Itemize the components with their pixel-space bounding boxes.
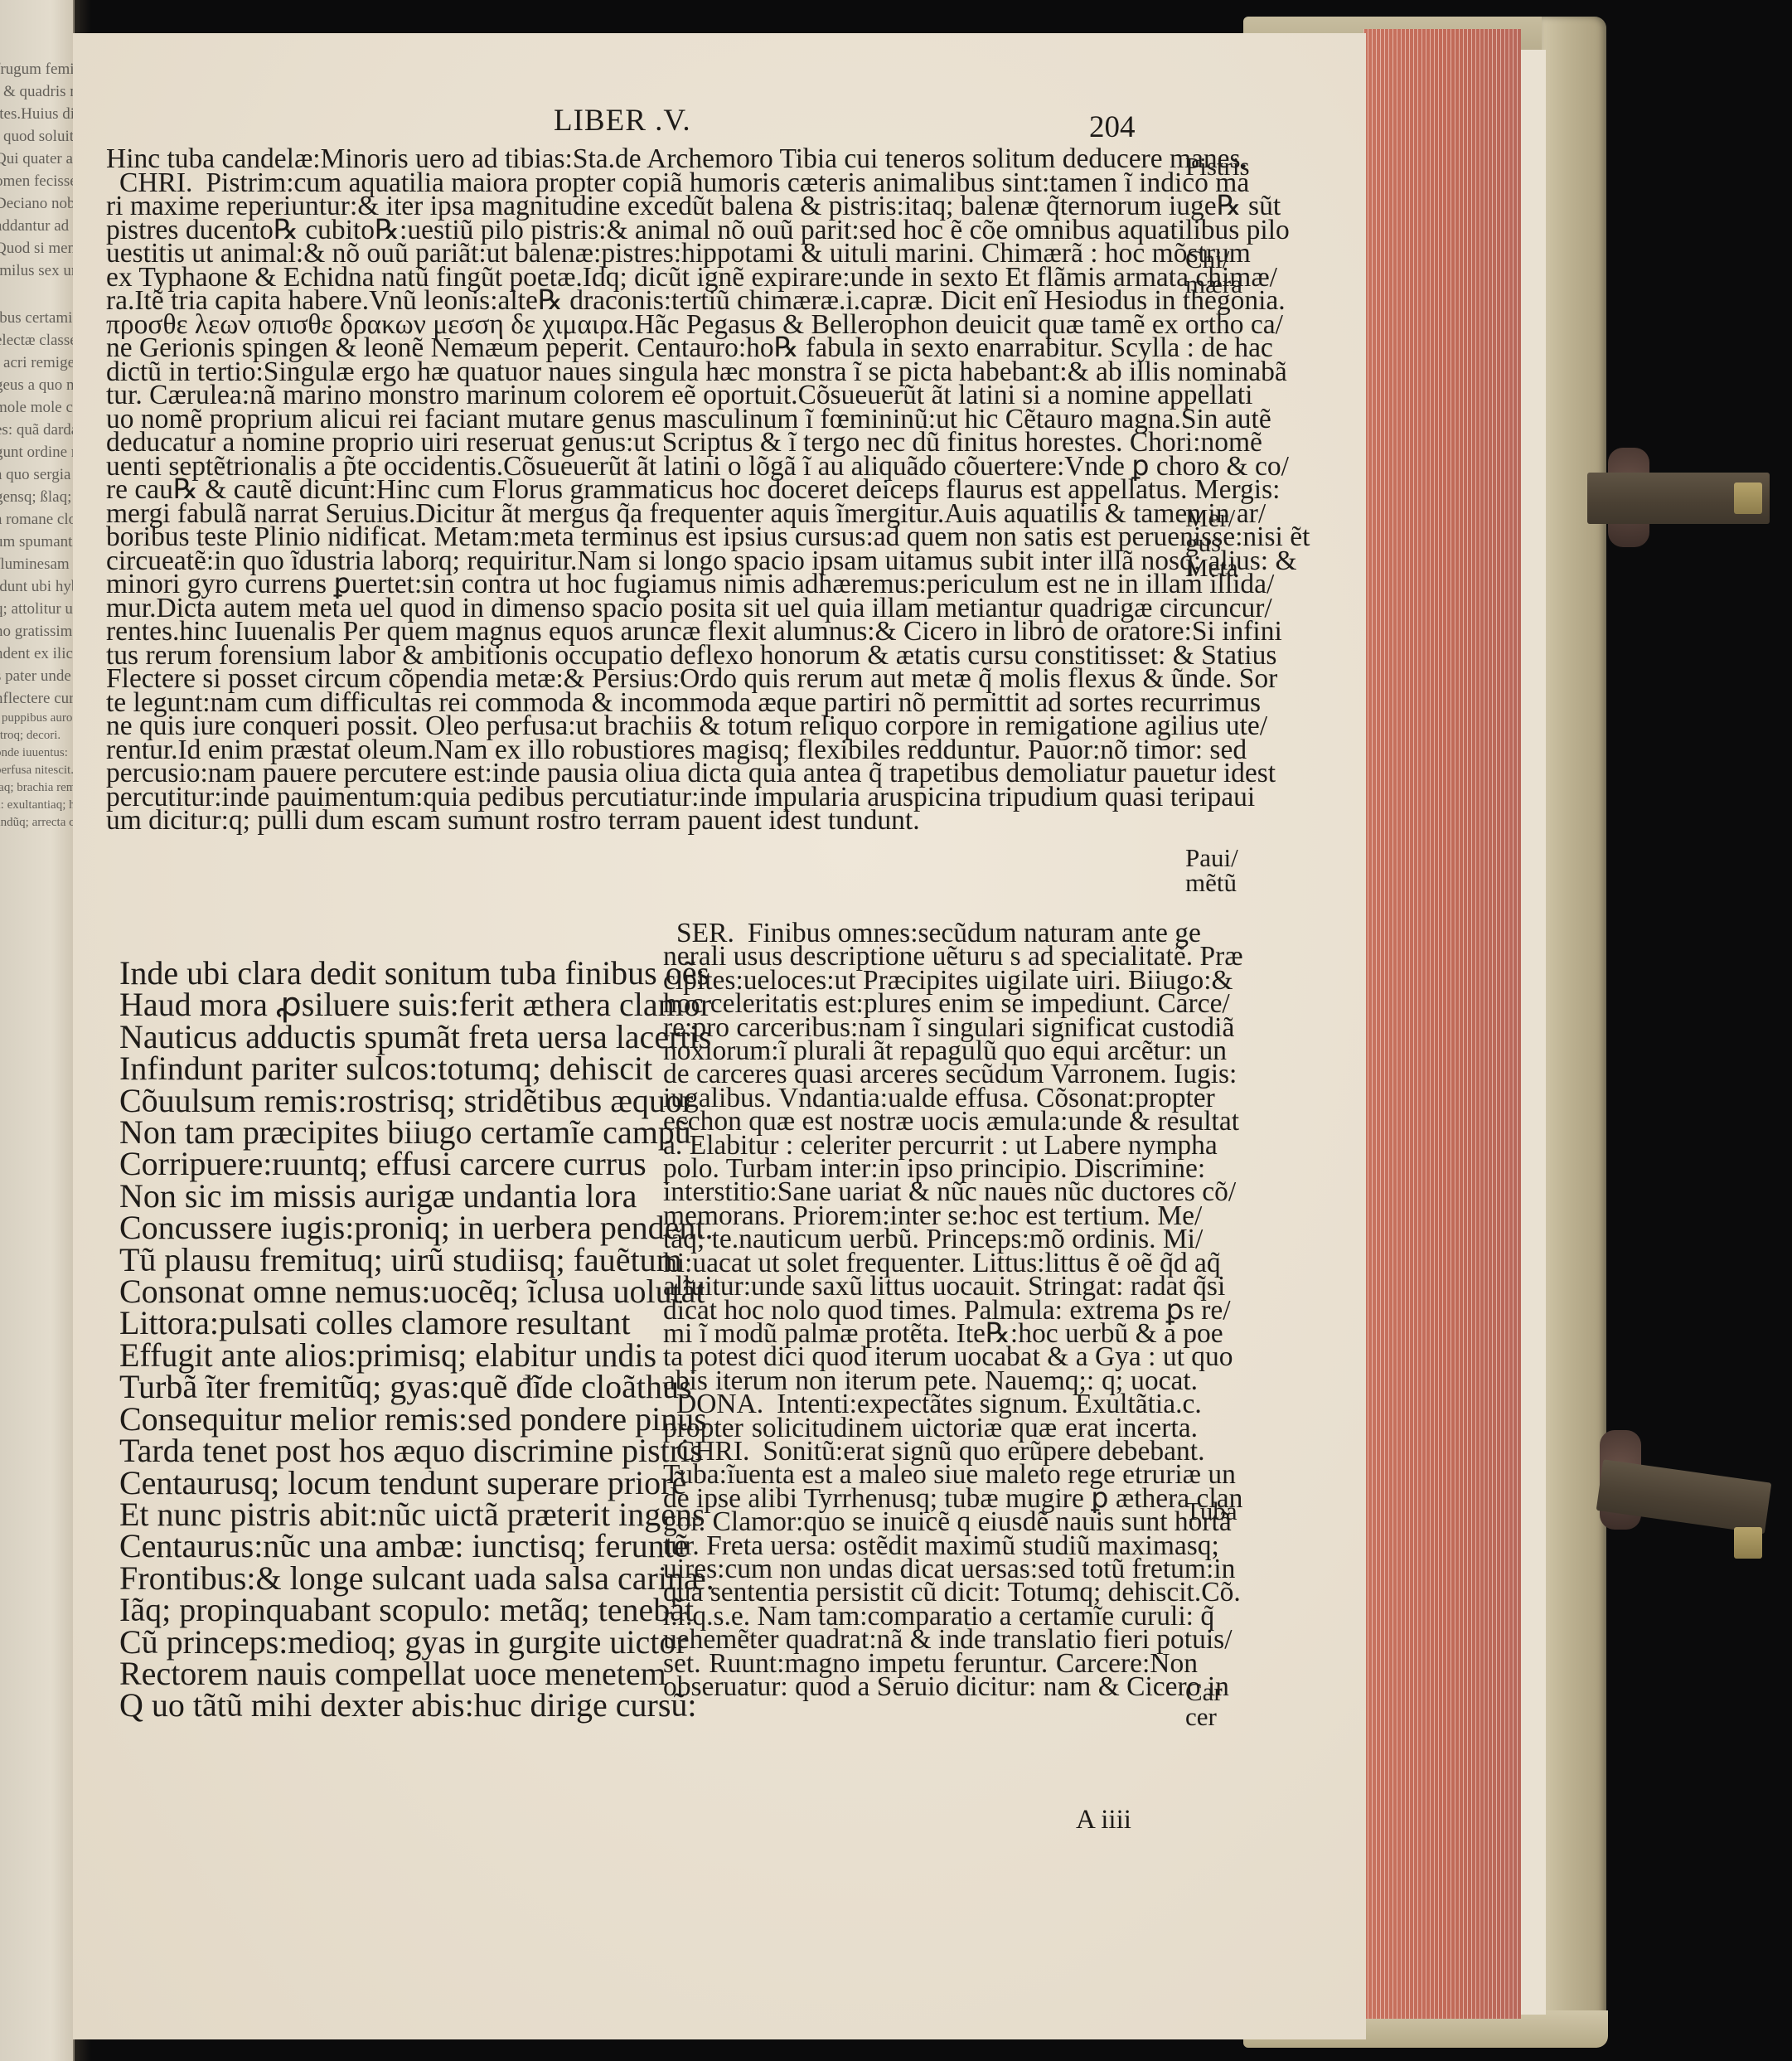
verse-line: Frontibus:& longe sulcant uada salsa car… (119, 1563, 650, 1594)
facing-page-line: ibus certamia remis (0, 307, 70, 329)
signature-mark: A iiii (1076, 1805, 1131, 1836)
verse-line: Centaurusq; locum tendunt superare prior… (119, 1467, 650, 1499)
facing-page-line: q; attolitur unda (0, 598, 70, 620)
commentary-top-block: Hinc tuba candelæ:Minoris uero ad tibias… (106, 148, 1221, 833)
facing-page-line: omen fecisse priora. (0, 170, 70, 192)
folio-number: 204 (1089, 109, 1136, 145)
commentary-top-line: um dicitur:q; pulli dum escam sumunt ros… (106, 809, 1221, 833)
marginal-note-line: Tuba (1185, 1499, 1285, 1524)
verse-line: Tarda tenet post hos æquo discrimine pis… (119, 1435, 650, 1467)
verse-line: Inde ubi clara dedit sonitum tuba finibu… (119, 958, 650, 989)
verse-line: Corripuere:ruuntq; effusi carcere currus (119, 1148, 650, 1180)
facing-page-line: nflectere cursus. (0, 687, 70, 710)
verse-line: Cũ princeps:medioq; gyas in gurgite uict… (119, 1627, 650, 1658)
book-page: LIBER .V. 204 Hinc tuba candelæ:Minoris … (73, 33, 1366, 2039)
facing-page-line: imilus sex uncia fiet.Si (0, 259, 70, 282)
endpaper-edge (1521, 50, 1546, 2015)
vellum-cover-spine-edge (1542, 17, 1606, 2048)
facing-page-line: addantur ad istas h (0, 215, 70, 237)
verse-line: Infindunt pariter sulcos:totumq; dehisci… (119, 1053, 650, 1084)
commentary-right-line: obseruatur: quod a Seruio dicitur: nam &… (663, 1675, 1198, 1699)
facing-page-line: a quo sergia nomen (0, 463, 70, 486)
clasp-brass-tip-upper (1734, 483, 1762, 514)
verse-line: Et nunc pistris abit:nũc uictã præterit … (119, 1499, 650, 1530)
verse-line: Q uo tãtũ mihi dexter abis:huc dirige cu… (119, 1690, 650, 1721)
facing-page-line: es: quã dardana uerba (0, 419, 70, 441)
facing-page-line: electæ classe carinæ (0, 329, 70, 352)
verse-line: Rectorem nauis compellat uoce menetem (119, 1658, 650, 1690)
marginal-note-line: cer (1185, 1705, 1285, 1729)
facing-page-text: frugum femina uotat & quadris medũ cingi… (0, 58, 70, 832)
marginal-note: Paui/mẽtũ (1185, 846, 1285, 895)
marginal-note: Pistris (1185, 154, 1285, 179)
facing-page-line: taq; brachia remis (0, 779, 70, 797)
marginal-note-line: Chi/ (1185, 247, 1285, 272)
verse-block-aeneid: Inde ubi clara dedit sonitum tuba finibu… (119, 958, 650, 1722)
verse-line: Tũ plausu fremituq; uirũ studiisq; fauẽt… (119, 1244, 650, 1276)
facing-page-line: ites.Huius dimidia fe (0, 103, 70, 125)
verse-line: Nauticus adductis spumãt freta uersa lac… (119, 1021, 650, 1053)
facing-page-line: t quod soluitur i digi (0, 125, 70, 148)
facing-page-fragment: frugum femina uotat & quadris medũ cingi… (0, 0, 75, 2061)
facing-page-line: andũq; arrecta cupido (0, 814, 70, 832)
marginal-note-line: Pistris (1185, 154, 1285, 179)
marginal-note-line: Mer/ (1185, 506, 1285, 531)
verse-line: Non sic im missis aurigæ undantia lora (119, 1181, 650, 1212)
verse-line: Cõuulsum remis:rostrisq; stridẽtibus æqu… (119, 1085, 650, 1117)
marginal-note-line: Meta (1185, 555, 1285, 580)
verse-line: Turbã ĩter fremitũq; gyas:quẽ đĩde cloãt… (119, 1371, 650, 1403)
verse-line: Consequitur melior remis:sed pondere pin… (119, 1404, 650, 1435)
marginal-note-line: mæra (1185, 272, 1285, 297)
facing-page-line: frugum femina uota (0, 58, 70, 80)
marginal-note: Chi/mæra (1185, 247, 1285, 297)
facing-page-line: gensq; ßlaq; cloãthus (0, 486, 70, 508)
marginal-note-line: Paui/ (1185, 846, 1285, 870)
verse-line: Iãq; propinquabant scopulo: metãq; teneb… (119, 1594, 650, 1626)
verse-line: Consonat omne nemus:uocẽq; ĩclusa uolutã… (119, 1276, 650, 1307)
verse-line: Centaurus:nũc una ambæ: iunctisq; ferunt… (119, 1530, 650, 1562)
facing-page-line: Deciano nobis põdu (0, 192, 70, 215)
facing-page-line: onde iuuentus: (0, 744, 70, 762)
facing-page-line: mole mole chimærã (0, 396, 70, 419)
facing-page-line: stroq; decori. (0, 727, 70, 744)
verse-line: Effugit ante alios:primisq; elabitur und… (119, 1340, 650, 1371)
facing-page-line: um spumantia cõtra (0, 531, 70, 553)
verse-line: Concussere iugis:proniq; in uerbera pend… (119, 1212, 650, 1244)
facing-page-line: Qui quater assumpsi (0, 148, 70, 170)
marginal-note-line: mẽtũ (1185, 870, 1285, 895)
red-sprinkled-fore-edge (1363, 29, 1521, 2019)
facing-page-line: Quod si mensura p (0, 237, 70, 259)
facing-page-line: t acri remige pistrin (0, 352, 70, 374)
verse-line: Littora:pulsati colles clamore resultant (119, 1307, 650, 1339)
facing-page-line: perfusa nitescit. (0, 762, 70, 779)
facing-page-line: geus a quo nõie mẽm (0, 374, 70, 396)
facing-page-line: a romane cloanthi. (0, 508, 70, 531)
verse-line: Haud mora ꝓsiluere suis:ferit æthera cla… (119, 989, 650, 1021)
facing-page-line: s pater unde reuerti (0, 665, 70, 687)
marginal-note: Carcer (1185, 1680, 1285, 1729)
running-head: LIBER .V. (554, 103, 691, 138)
verse-line: Non tam præcipites biiugo certamĩe campũ (119, 1117, 650, 1148)
facing-page-line: ĩ puppibus auro: (0, 710, 70, 727)
commentary-right-block: SER.Finibus omnes:secũdum naturam ante g… (663, 922, 1198, 1699)
marginal-note-line: gus (1185, 531, 1285, 555)
facing-page-line: fluminesam tudẽ oli (0, 553, 70, 575)
facing-page-line: no gratissima mergis (0, 620, 70, 643)
facing-page-line: gunt ordine remi (0, 441, 70, 463)
facing-page-line: a: exultantiaq; hau (0, 797, 70, 814)
facing-page-line (0, 282, 70, 307)
clasp-brass-tip-lower (1734, 1527, 1762, 1559)
facing-page-line: t & quadris medũ cing (0, 80, 70, 103)
facing-page-line: ndent ex ilice metam (0, 643, 70, 665)
facing-page-line: idunt ubi hyberni chori (0, 575, 70, 598)
marginal-note: Mer/gusMeta (1185, 506, 1285, 580)
marginal-note: Tuba (1185, 1499, 1285, 1524)
marginal-note-line: Car (1185, 1680, 1285, 1705)
